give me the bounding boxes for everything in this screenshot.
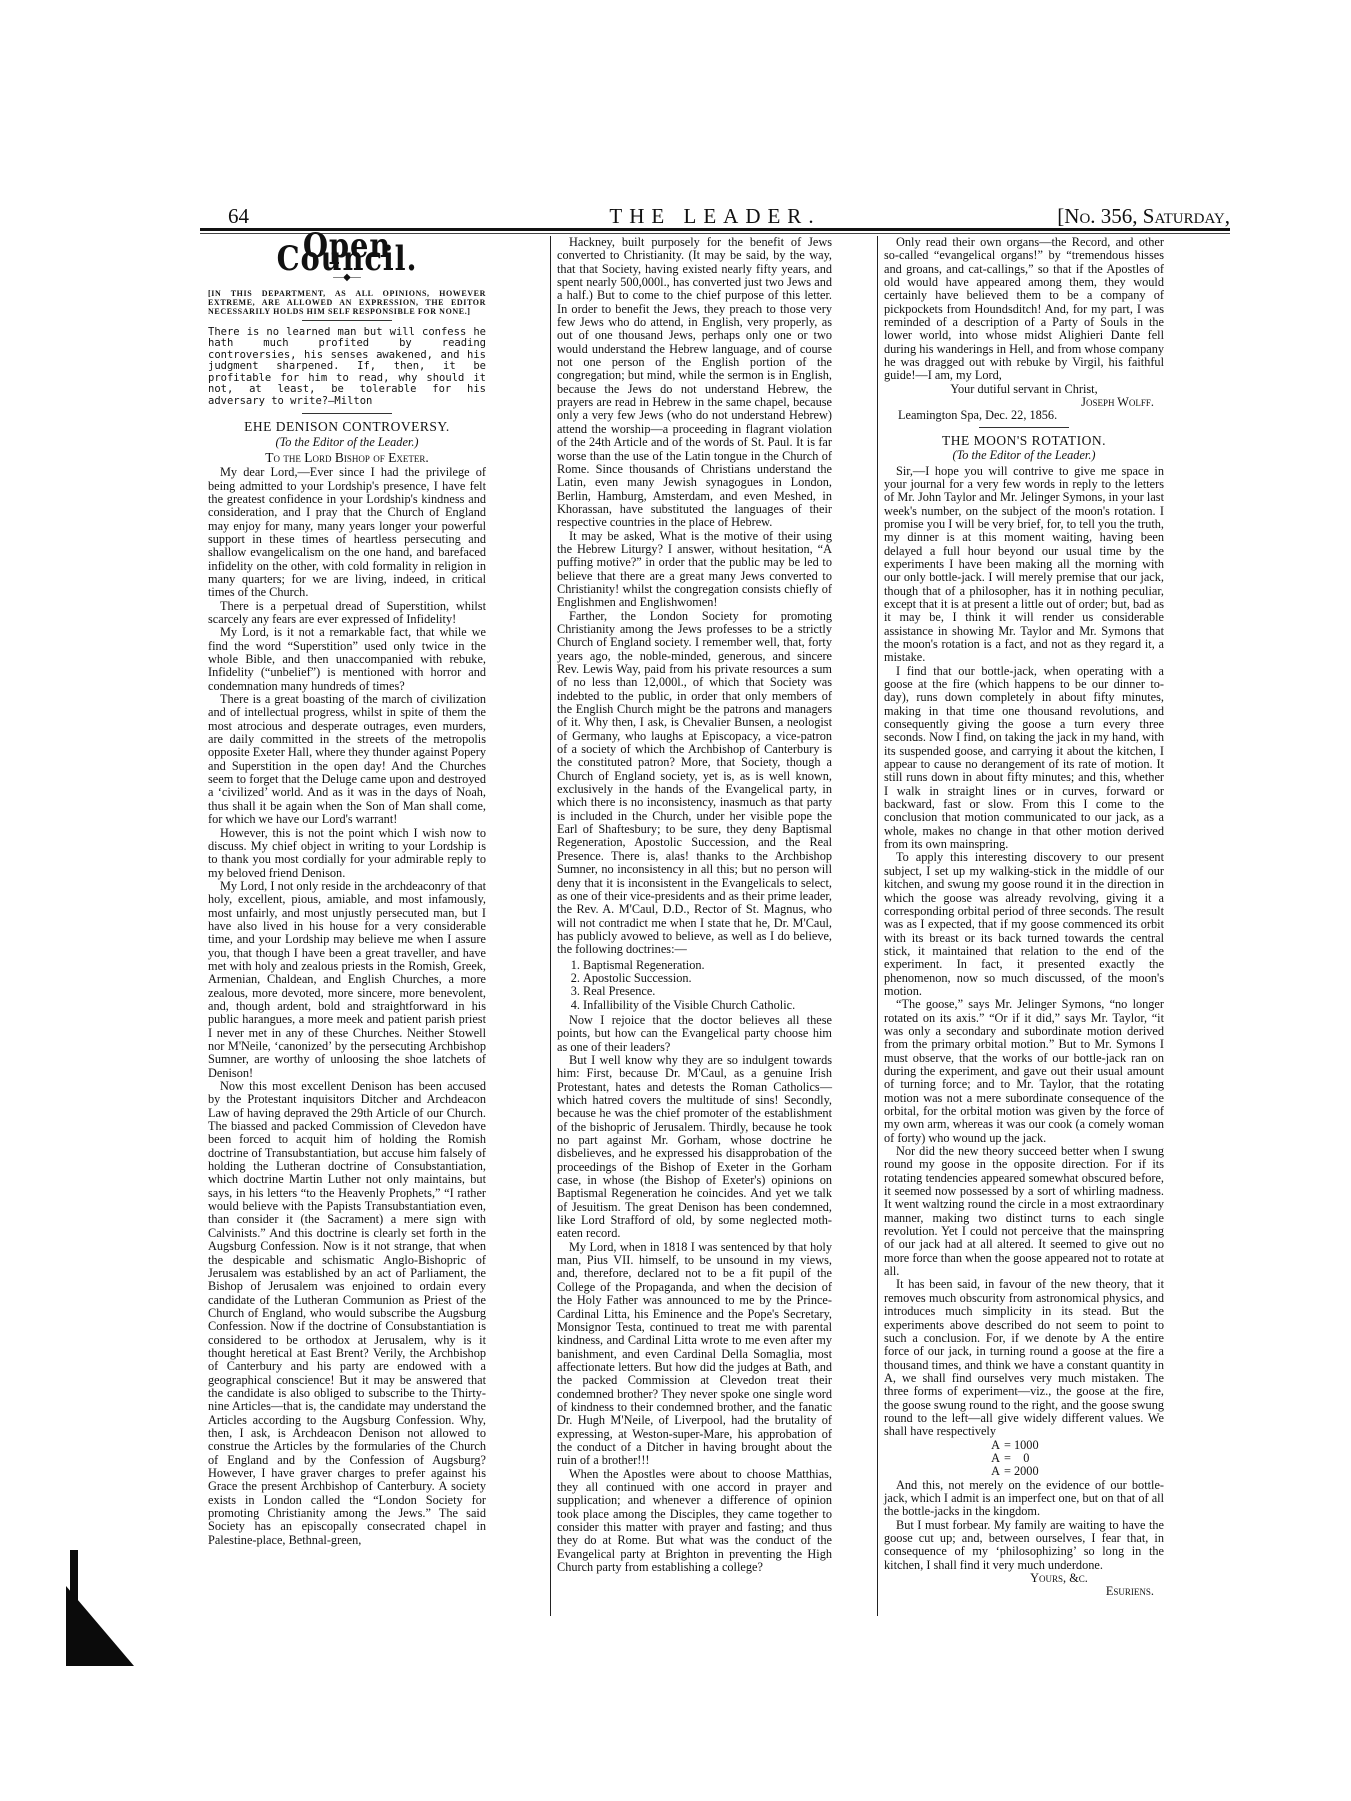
section-title: Open Council.	[229, 240, 465, 267]
newspaper-page: 64 THE LEADER. [No. 356, Saturday, Open …	[0, 0, 1351, 1801]
paragraph: But I well know why they are so indulgen…	[557, 1054, 832, 1241]
formula-lhs: A	[884, 1465, 1004, 1478]
formula-lhs: A	[884, 1439, 1004, 1452]
paragraph: Now I rejoice that the doctor believes a…	[557, 1014, 832, 1054]
paragraph: Sir,—I hope you will contrive to give me…	[884, 465, 1164, 665]
paragraph: Hackney, built purposely for the benefit…	[557, 236, 832, 530]
editorial-note: [In this department, as all opinions, ho…	[208, 289, 486, 316]
paragraph: My Lord, I not only reside in the archde…	[208, 880, 486, 1080]
paragraph: Now this most excellent Denison has been…	[208, 1080, 486, 1547]
list-item: Real Presence.	[583, 985, 832, 998]
divider	[979, 427, 1069, 428]
paragraph: When the Apostles were about to choose M…	[557, 1468, 832, 1575]
signoff: Your dutiful servant in Christ,	[884, 383, 1164, 396]
paragraph: There is a great boasting of the march o…	[208, 693, 486, 826]
column-divider	[877, 236, 878, 1616]
article-body: Hackney, built purposely for the benefit…	[557, 236, 832, 957]
epigraph: There is no learned man but will confess…	[208, 327, 486, 408]
paragraph: However, this is not the point which I w…	[208, 827, 486, 880]
divider	[302, 320, 392, 321]
paragraph: It may be asked, What is the motive of t…	[557, 530, 832, 610]
paragraph: My Lord, is it not a remarkable fact, th…	[208, 626, 486, 693]
scan-artifact	[66, 1586, 134, 1666]
issue-number: [No. 356, Saturday,	[1057, 204, 1230, 229]
column-3: Only read their own organs—the Record, a…	[884, 236, 1164, 1599]
article-body: Sir,—I hope you will contrive to give me…	[884, 465, 1164, 1439]
paragraph: And this, not merely on the evidence of …	[884, 1479, 1164, 1519]
paragraph: But I must forbear. My family are waitin…	[884, 1519, 1164, 1572]
formula-rhs: = 1000	[1004, 1439, 1144, 1452]
closing: Yours, &c.	[884, 1572, 1164, 1585]
paragraph: Only read their own organs—the Record, a…	[884, 236, 1164, 383]
paragraph: To apply this interesting discovery to o…	[884, 851, 1164, 998]
paragraph: It has been said, in favour of the new t…	[884, 1278, 1164, 1438]
paragraph: I find that our bottle-jack, when operat…	[884, 665, 1164, 852]
signature: Joseph Wolff.	[884, 396, 1164, 409]
formula: A= 1000A= 0A= 2000	[884, 1439, 1164, 1479]
place-date: Leamington Spa, Dec. 22, 1856.	[884, 409, 1164, 422]
article-body: And this, not merely on the evidence of …	[884, 1479, 1164, 1572]
article-title: EHE DENISON CONTROVERSY.	[208, 420, 486, 433]
list-item: Apostolic Succession.	[583, 972, 832, 985]
article-subtitle: (To the Editor of the Leader.)	[208, 436, 486, 449]
column-1: Open Council. —◆— [In this department, a…	[208, 236, 486, 1547]
paragraph: Farther, the London Society for promotin…	[557, 610, 832, 957]
divider	[302, 413, 392, 414]
formula-rhs: = 2000	[1004, 1465, 1144, 1478]
salutation: To the Lord Bishop of Exeter.	[208, 451, 486, 464]
list-item: Infallibility of the Visible Church Cath…	[583, 999, 832, 1012]
paragraph: “The goose,” says Mr. Jelinger Symons, “…	[884, 998, 1164, 1145]
paragraph: Nor did the new theory succeed better wh…	[884, 1145, 1164, 1278]
article-title: THE MOON'S ROTATION.	[884, 434, 1164, 447]
paragraph: My dear Lord,—Ever since I had the privi…	[208, 466, 486, 599]
doctrine-list: Baptismal Regeneration.Apostolic Success…	[557, 959, 832, 1012]
article-body: My dear Lord,—Ever since I had the privi…	[208, 466, 486, 1547]
list-item: Baptismal Regeneration.	[583, 959, 832, 972]
formula-rhs: = 0	[1004, 1452, 1144, 1465]
paragraph: My Lord, when in 1818 I was sentenced by…	[557, 1241, 832, 1468]
column-divider	[550, 236, 551, 1616]
paragraph: There is a perpetual dread of Superstiti…	[208, 600, 486, 627]
formula-lhs: A	[884, 1452, 1004, 1465]
article-subtitle: (To the Editor of the Leader.)	[884, 449, 1164, 462]
column-2: Hackney, built purposely for the benefit…	[557, 236, 832, 1574]
signature: Esuriens.	[884, 1585, 1164, 1598]
article-body: Now I rejoice that the doctor believes a…	[557, 1014, 832, 1574]
article-body: Only read their own organs—the Record, a…	[884, 236, 1164, 383]
